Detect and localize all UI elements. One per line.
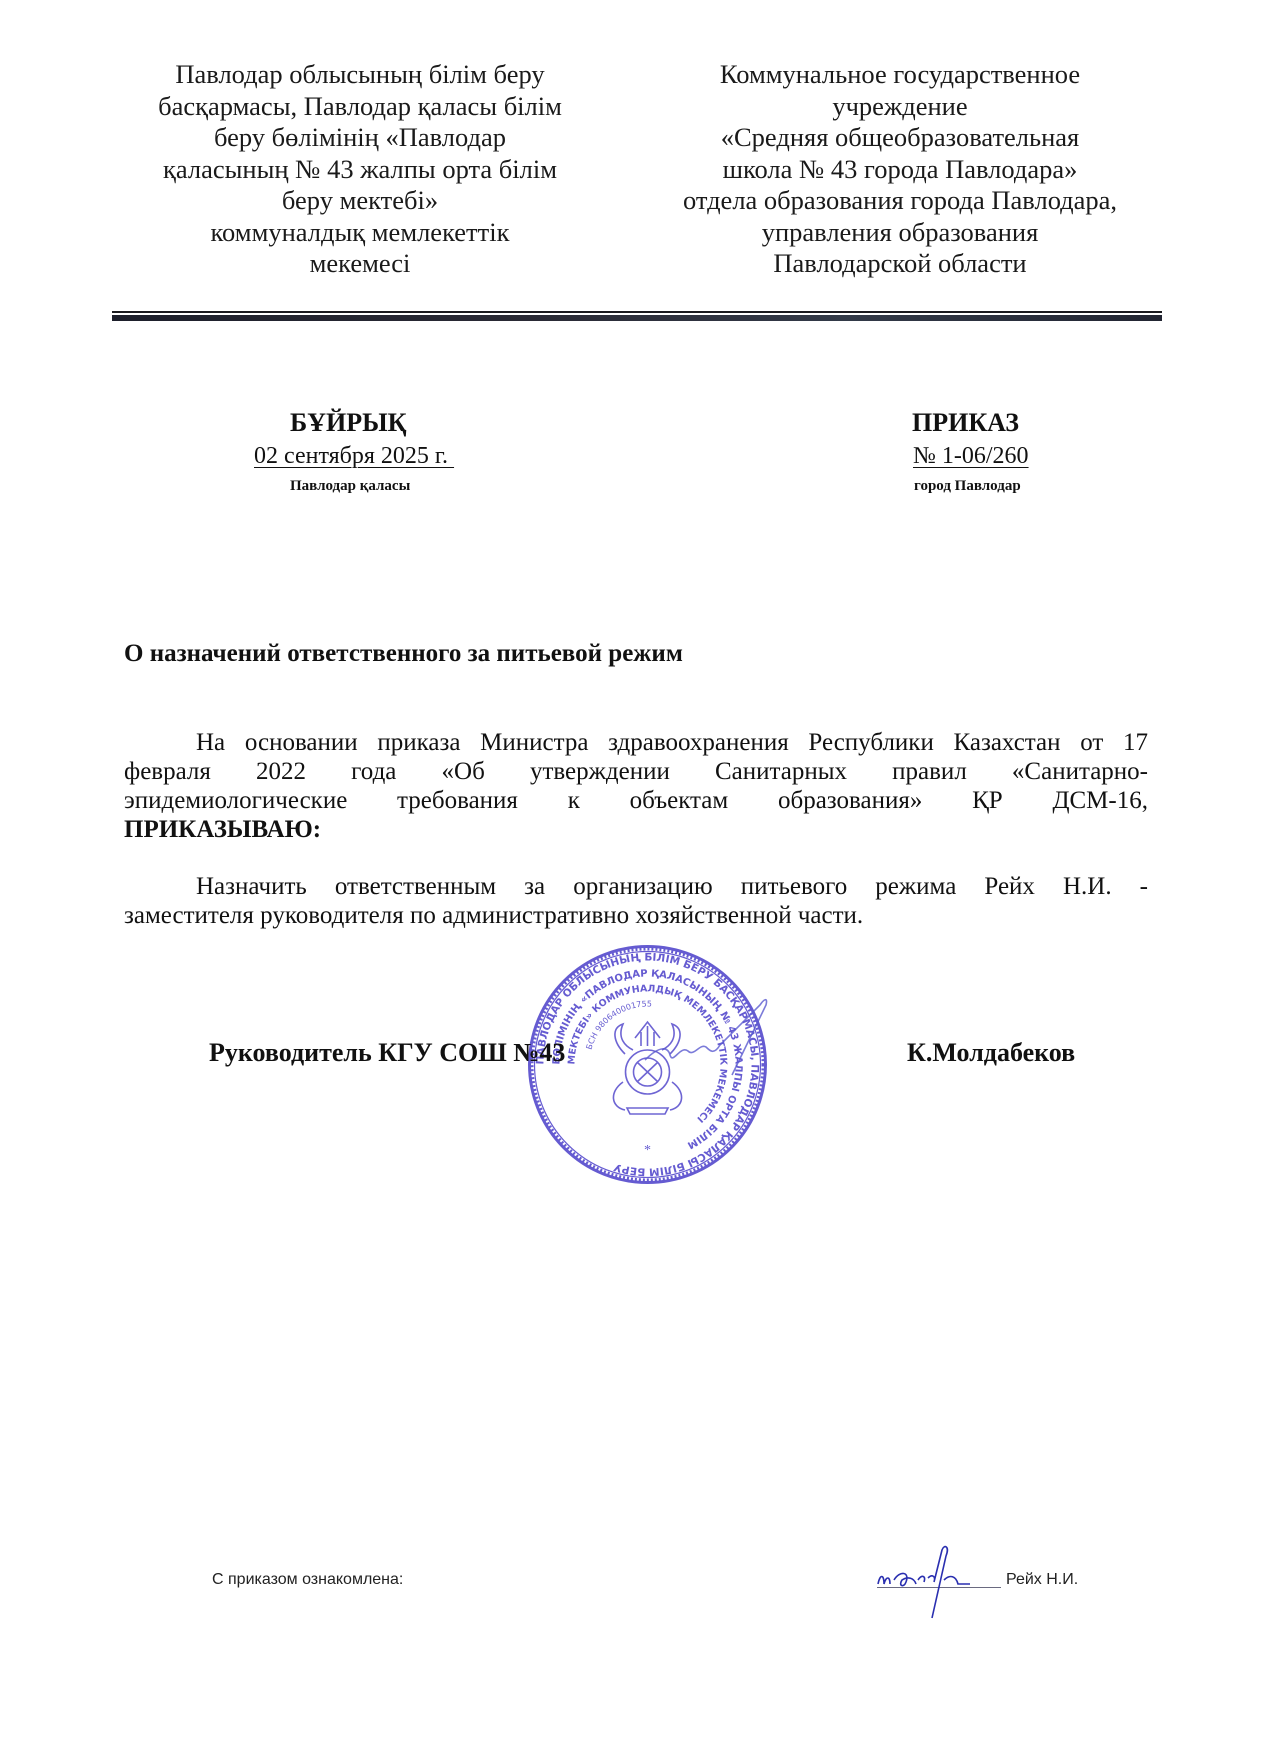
acknowledgement-label: С приказом ознакомлена:: [212, 1570, 403, 1590]
header-russian-line: Павлодарской области: [640, 248, 1160, 280]
order-number: № 1-06/260: [913, 442, 1029, 470]
header-kazakh-line: Павлодар облысының білім беру: [120, 59, 600, 91]
header-kazakh-line: коммуналдық мемлекеттік: [120, 217, 600, 249]
header-kazakh-line: беру бөлімінің «Павлодар: [120, 122, 600, 154]
decision-line: заместителя руководителя по администрати…: [124, 901, 1148, 930]
header-kazakh-line: қаласының № 43 жалпы орта білім: [120, 154, 600, 186]
header-kazakh-line: беру мектебі»: [120, 185, 600, 217]
decision-line: Назначить ответственным за организацию п…: [124, 872, 1148, 901]
header-divider-thick: [112, 315, 1162, 321]
header-russian: Коммунальное государственное учреждение …: [640, 59, 1160, 280]
order-directive-word: ПРИКАЗЫВАЮ:: [124, 815, 1148, 844]
order-subject: О назначений ответственного за питьевой …: [124, 640, 683, 668]
header-russian-line: Коммунальное государственное: [640, 59, 1160, 91]
header-divider-thin: [112, 311, 1162, 313]
order-title-russian: ПРИКАЗ: [912, 409, 1019, 437]
director-signature: [640, 985, 810, 1095]
header-russian-line: школа № 43 города Павлодара»: [640, 154, 1160, 186]
header-kazakh-line: мекемесі: [120, 248, 600, 280]
header-russian-line: «Средняя общеобразовательная: [640, 122, 1160, 154]
order-decision: Назначить ответственным за организацию п…: [124, 872, 1148, 930]
preamble-line: эпидемиологические требования к объектам…: [124, 786, 1148, 815]
order-date: 02 сентября 2025 г.: [254, 442, 454, 470]
acknowledgement-name: Рейх Н.И.: [1006, 1570, 1078, 1590]
header-kazakh-line: басқармасы, Павлодар қаласы білім: [120, 91, 600, 123]
order-city-kazakh: Павлодар қаласы: [290, 477, 410, 495]
header-russian-line: учреждение: [640, 91, 1160, 123]
header-russian-line: управления образования: [640, 217, 1160, 249]
order-preamble: На основании приказа Министра здравоохра…: [124, 728, 1148, 844]
order-title-kazakh: БҰЙРЫҚ: [290, 409, 406, 437]
signatory-role: Руководитель КГУ СОШ №43: [209, 1038, 565, 1068]
order-city-russian: город Павлодар: [914, 477, 1021, 495]
header-kazakh: Павлодар облысының білім беру басқармасы…: [120, 59, 600, 280]
seal-star-icon: *: [644, 1143, 651, 1158]
signatory-name: К.Молдабеков: [907, 1038, 1075, 1068]
header-russian-line: отдела образования города Павлодара,: [640, 185, 1160, 217]
acknowledgement-signature: [870, 1540, 1000, 1620]
preamble-line: февраля 2022 года «Об утверждении Санита…: [124, 757, 1148, 786]
preamble-line: На основании приказа Министра здравоохра…: [124, 728, 1148, 757]
